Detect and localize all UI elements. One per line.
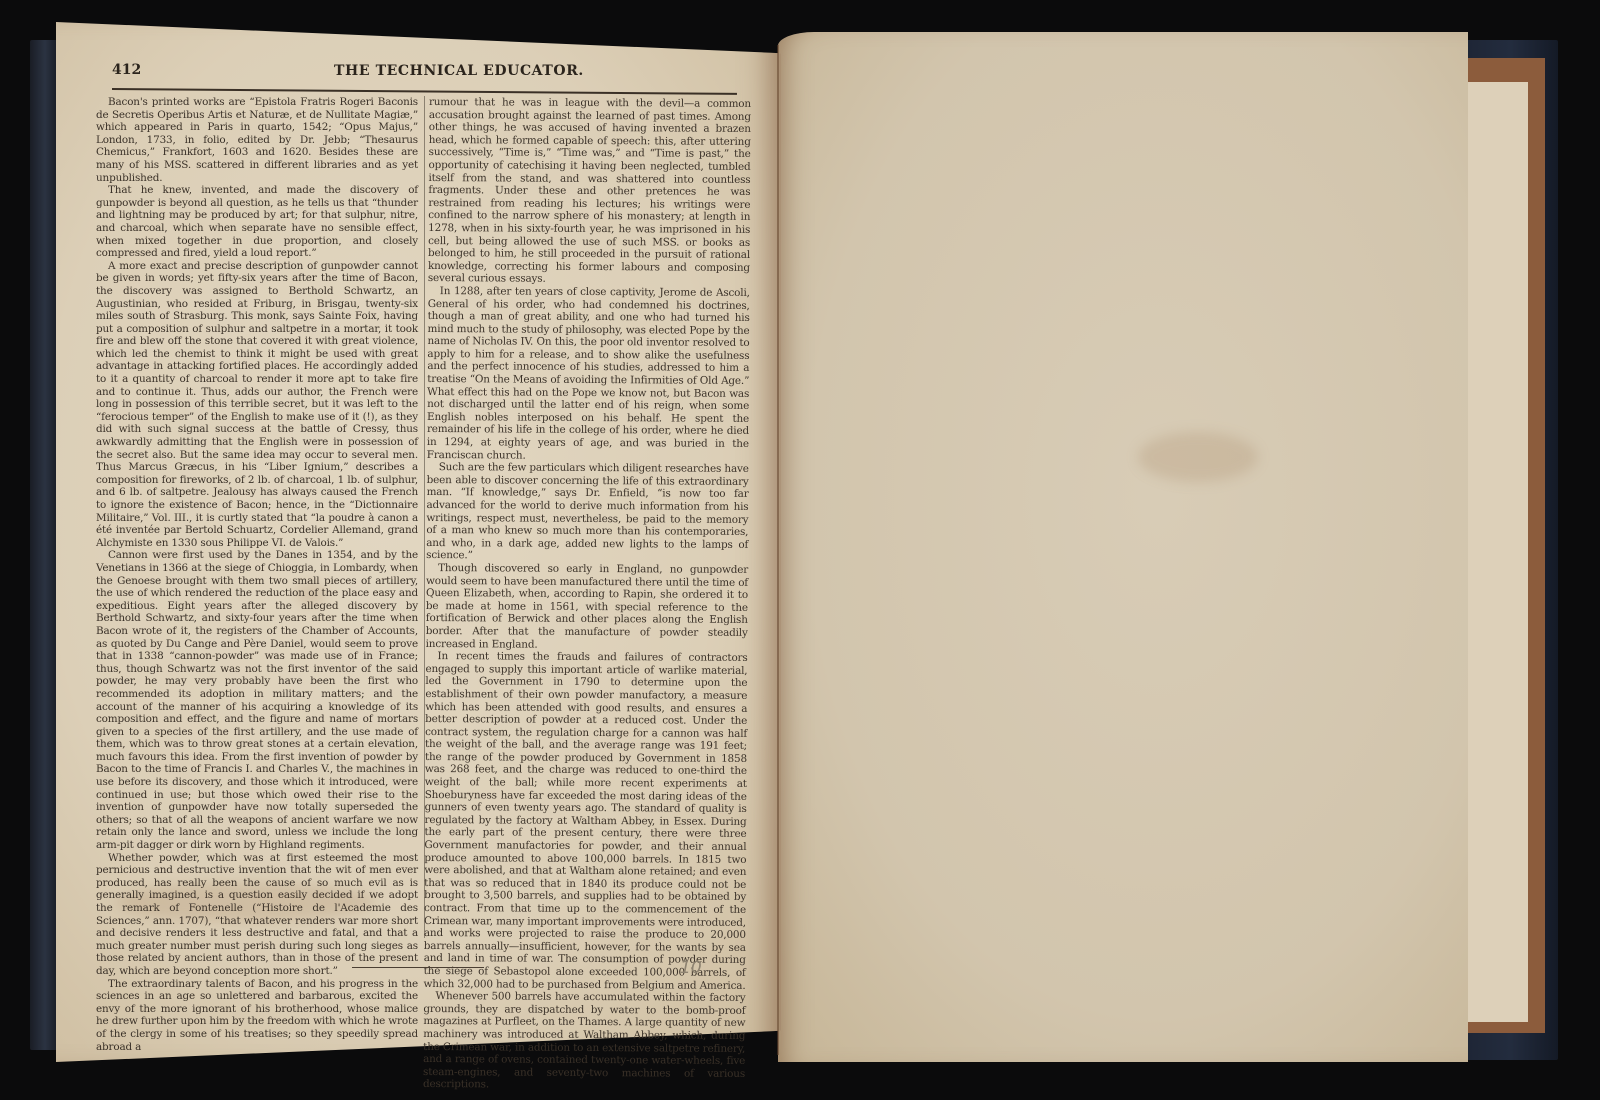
paragraph: Cannon were first used by the Danes in 1…	[96, 549, 418, 851]
paragraph: Whenever 500 barrels have accumulated wi…	[423, 990, 746, 1093]
paragraph: Bacon's printed works are “Epistola Frat…	[96, 96, 418, 184]
paragraph: In recent times the frauds and failures …	[424, 650, 748, 992]
page-header: 412 THE TECHNICAL EDUCATOR.	[112, 62, 737, 88]
paragraph: rumour that he was in league with the de…	[428, 96, 751, 287]
book-gutter	[777, 45, 779, 1055]
paragraph: The extraordinary talents of Bacon, and …	[96, 978, 418, 1054]
text-column-right: rumour that he was in league with the de…	[423, 96, 751, 1093]
open-book-photo: 412 THE TECHNICAL EDUCATOR. Bacon's prin…	[0, 0, 1600, 1100]
footer-rule	[352, 967, 484, 968]
paragraph: Such are the few particulars which dilig…	[426, 461, 749, 564]
running-title: THE TECHNICAL EDUCATOR.	[334, 63, 584, 79]
paragraph: Whether powder, which was at first estee…	[96, 852, 418, 978]
left-cover-edge	[30, 40, 60, 1050]
paragraph: A more exact and precise description of …	[96, 260, 418, 550]
paragraph: Though discovered so early in England, n…	[426, 562, 749, 652]
right-page-blank	[778, 32, 1468, 1062]
pastedown-endpaper	[1466, 82, 1528, 1022]
page-number: 412	[112, 62, 141, 78]
text-column-left: Bacon's printed works are “Epistola Frat…	[96, 96, 418, 1053]
paragraph: In 1288, after ten years of close captiv…	[427, 285, 750, 463]
foxing-stain	[1138, 432, 1258, 482]
pencil-annotation: 10	[680, 958, 702, 978]
paragraph: That he knew, invented, and made the dis…	[96, 184, 418, 260]
